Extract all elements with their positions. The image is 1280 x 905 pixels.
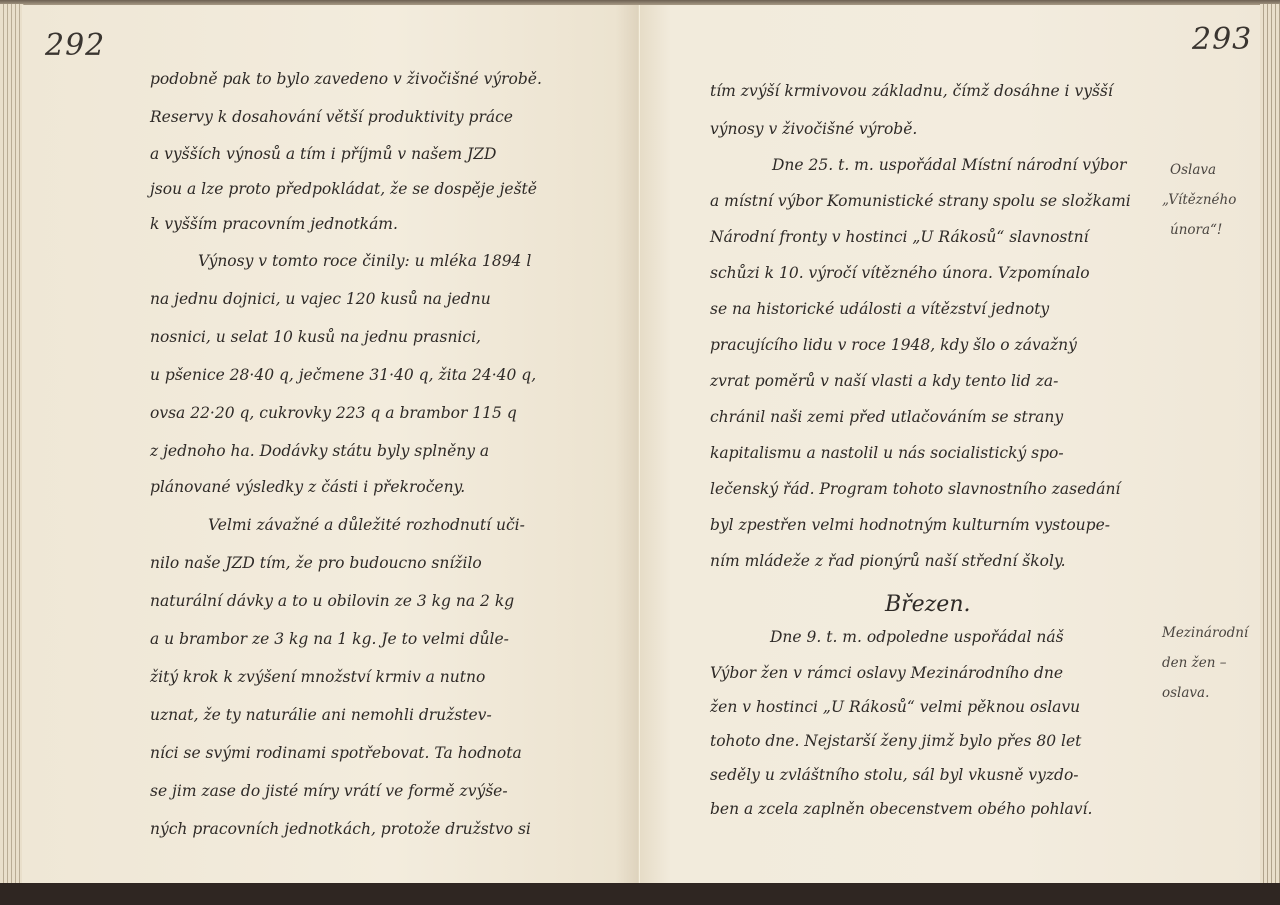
text-line: seděly u zvláštního stolu, sál byl vkusn… [710,766,1079,784]
text-line: ovsa 22·20 q, cukrovky 223 q a brambor 1… [150,404,517,422]
page-number-right: 293 [1192,22,1252,57]
text-line: se na historické události a vítězství je… [710,300,1049,318]
text-line: k vyšším pracovním jednotkám. [150,215,398,233]
text-line: na jednu dojnici, u vajec 120 kusů na je… [150,290,491,308]
text-line: výnosy v živočišné výrobě. [710,120,917,138]
text-line: plánované výsledky z části i překročeny. [150,478,465,496]
text-line: chránil naši zemi před utlačováním se st… [710,408,1063,426]
margin-note-womens-day: Mezinárodní den žen – oslava. [1162,618,1248,708]
text-line: byl zpestřen velmi hodnotným kulturním v… [710,516,1110,534]
text-line: Národní fronty v hostinci „U Rákosů“ sla… [710,228,1089,246]
text-line: žitý krok k zvýšení množství krmiv a nut… [150,668,485,686]
margin-note-february-celebration: Oslava „Vítězného února“! [1170,155,1236,245]
page-edges-right [1260,4,1280,892]
text-line: nosnici, u selat 10 kusů na jednu prasni… [150,328,481,346]
text-line: nilo naše JZD tím, že pro budoucno sníži… [150,554,482,572]
margin-note-line: „Vítězného [1162,185,1236,215]
text-line: jsou a lze proto předpokládat, že se dos… [150,180,537,198]
text-line: schůzi k 10. výročí vítězného února. Vzp… [710,264,1090,282]
page-number-left: 292 [45,28,105,63]
margin-note-line: den žen – [1162,648,1248,678]
text-line: tohoto dne. Nejstarší ženy jimž bylo pře… [710,732,1081,750]
text-line: níci se svými rodinami spotřebovat. Ta h… [150,744,522,762]
paragraph-start-line: Dne 9. t. m. odpoledne uspořádal náš [770,628,1064,646]
text-line: kapitalismu a nastolil u nás socialistic… [710,444,1064,462]
text-line: Výbor žen v rámci oslavy Mezinárodního d… [710,664,1063,682]
text-line: žen v hostinci „U Rákosů“ velmi pěknou o… [710,698,1080,716]
margin-note-line: Oslava [1170,155,1236,185]
text-line: se jim zase do jisté míry vrátí ve formě… [150,782,508,800]
text-line: z jednoho ha. Dodávky státu byly splněny… [150,442,489,460]
text-line: ných pracovních jednotkách, protože druž… [150,820,531,838]
text-line: zvrat poměrů v naší vlasti a kdy tento l… [710,372,1058,390]
text-line: uznat, že ty naturálie ani nemohli družs… [150,706,492,724]
section-heading-month: Březen. [885,592,970,617]
text-line: naturální dávky a to u obilovin ze 3 kg … [150,592,514,610]
text-line: ním mládeže z řad pionýrů naší střední š… [710,552,1066,570]
paragraph-start-line: Dne 25. t. m. uspořádal Místní národní v… [772,156,1126,174]
book-spread: 292 podobně pak to bylo zavedeno v živoč… [0,0,1280,905]
text-line: Reservy k dosahování větší produktivity … [150,108,513,126]
text-line: pracujícího lidu v roce 1948, kdy šlo o … [710,336,1077,354]
text-line: u pšenice 28·40 q, ječmene 31·40 q, žita… [150,366,536,384]
book-bottom-edge [0,883,1280,905]
text-line: a u brambor ze 3 kg na 1 kg. Je to velmi… [150,630,509,648]
text-line: ben a zcela zaplněn obecenstvem obého po… [710,800,1092,818]
margin-note-line: února“! [1170,215,1236,245]
text-line: a místní výbor Komunistické strany spolu… [710,192,1131,210]
paragraph-start-line: Výnosy v tomto roce činily: u mléka 1894… [198,252,531,270]
page-edges-left [0,4,24,894]
text-line: lečenský řád. Program tohoto slavnostníh… [710,480,1120,498]
paragraph-start-line: Velmi závažné a důležité rozhodnutí uči- [208,516,525,534]
text-line: podobně pak to bylo zavedeno v živočišné… [150,70,542,88]
margin-note-line: oslava. [1162,678,1248,708]
text-line: tím zvýší krmivovou základnu, čímž dosáh… [710,82,1113,100]
margin-note-line: Mezinárodní [1162,618,1248,648]
text-line: a vyšších výnosů a tím i příjmů v našem … [150,145,496,163]
